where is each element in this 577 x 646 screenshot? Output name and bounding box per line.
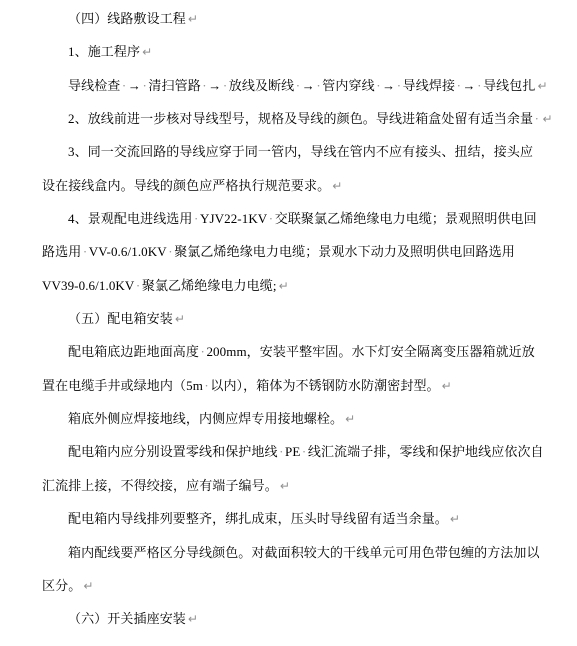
text-run: 导线检查	[68, 78, 120, 93]
document-page[interactable]: （四）线路敷设工程↵1、施工程序↵导线检查·→·清扫管路·→·放线及断线·→·管…	[0, 0, 577, 646]
text-run: 管内穿线	[322, 78, 374, 93]
text-line[interactable]: （四）线路敷设工程↵	[42, 2, 549, 35]
paragraph-mark-icon: ↵	[175, 312, 185, 326]
space-mark-icon: ·	[81, 244, 88, 259]
text-line[interactable]: 1、施工程序↵	[42, 35, 549, 68]
paragraph-mark-icon: ↵	[188, 612, 198, 626]
text-run: 线汇流端子排，零线和保护地线应依次自	[308, 444, 544, 459]
text-run: 200mm，安装平整牢固。水下灯安全隔离变压器箱就近放	[206, 344, 534, 359]
text-line[interactable]: 箱内配线要严格区分导线颜色。对截面积较大的干线单元可用色带包缠的方法加以	[42, 536, 549, 569]
text-run: →	[302, 78, 315, 93]
text-run: 路选用	[42, 244, 81, 259]
text-run: 清扫管路	[148, 78, 200, 93]
text-line[interactable]: VV39-0.6/1.0KV·聚氯乙烯绝缘电力电缆;↵	[42, 269, 549, 302]
text-line[interactable]: 区分。↵	[42, 569, 549, 602]
text-line[interactable]: 配电箱底边距地面高度·200mm，安装平整牢固。水下灯安全隔离变压器箱就近放	[42, 335, 549, 368]
paragraph-mark-icon: ↵	[83, 579, 93, 593]
text-run: 设在接线盒内。导线的颜色应严格执行规范要求。	[42, 178, 330, 193]
text-line[interactable]: （六）开关插座安装↵	[42, 602, 549, 635]
text-run: 汇流排上接，不得绞接，应有端子编号。	[42, 478, 278, 493]
text-run: 配电箱底边距地面高度	[68, 344, 199, 359]
text-line[interactable]: 箱底外侧应焊接地线，内侧应焊专用接地螺栓。↵	[42, 402, 549, 435]
text-run: 区分。	[42, 578, 81, 593]
space-mark-icon: ·	[455, 78, 462, 93]
text-line[interactable]: 设在接线盒内。导线的颜色应严格执行规范要求。↵	[42, 169, 549, 202]
paragraph-mark-icon: ↵	[142, 45, 152, 59]
space-mark-icon: ·	[267, 211, 274, 226]
text-line[interactable]: 4、景观配电进线选用·YJV22-1KV·交联聚氯乙烯绝缘电力电缆；景观照明供电…	[42, 202, 549, 235]
paragraph-mark-icon: ↵	[279, 279, 289, 293]
text-line[interactable]: 导线检查·→·清扫管路·→·放线及断线·→·管内穿线·→·导线焊接·→·导线包扎…	[42, 69, 549, 102]
paragraph-mark-icon: ↵	[345, 412, 355, 426]
paragraph-mark-icon: ↵	[543, 112, 553, 126]
text-run: 聚氯乙烯绝缘电力电缆;	[142, 278, 277, 293]
text-run: →	[382, 78, 395, 93]
text-run: YJV22-1KV	[200, 211, 267, 226]
text-run: →	[208, 78, 221, 93]
text-run: 配电箱内应分别设置零线和保护地线	[68, 444, 278, 459]
document-body[interactable]: （四）线路敷设工程↵1、施工程序↵导线检查·→·清扫管路·→·放线及断线·→·管…	[0, 0, 577, 636]
text-run: （五）配电箱安装	[68, 311, 173, 326]
space-mark-icon: ·	[476, 78, 483, 93]
text-line[interactable]: 置在电缆手井或绿地内（5m·以内），箱体为不锈钢防水防潮密封型。↵	[42, 369, 549, 402]
text-run: 配电箱内导线排列要整齐，绑扎成束，压头时导线留有适当余量。	[68, 511, 448, 526]
text-run: 3、同一交流回路的导线应穿于同一管内，导线在管内不应有接头、扭结，接头应	[68, 144, 533, 159]
text-run: 交联聚氯乙烯绝缘电力电缆；景观照明供电回	[275, 211, 537, 226]
space-mark-icon: ·	[533, 111, 540, 126]
space-mark-icon: ·	[294, 78, 301, 93]
text-run: （四）线路敷设工程	[68, 11, 186, 26]
space-mark-icon: ·	[221, 78, 228, 93]
space-mark-icon: ·	[134, 278, 141, 293]
text-run: →	[463, 78, 476, 93]
text-run: 放线及断线	[229, 78, 295, 93]
space-mark-icon: ·	[193, 211, 200, 226]
paragraph-mark-icon: ↵	[537, 79, 547, 93]
text-run: →	[128, 78, 141, 93]
text-run: 4、景观配电进线选用	[68, 211, 193, 226]
text-line[interactable]: 3、同一交流回路的导线应穿于同一管内，导线在管内不应有接头、扭结，接头应	[42, 135, 549, 168]
paragraph-mark-icon: ↵	[280, 479, 290, 493]
text-run: 导线包扎	[483, 78, 535, 93]
text-run: VV-0.6/1.0KV	[89, 244, 167, 259]
paragraph-mark-icon: ↵	[442, 379, 452, 393]
text-line[interactable]: 路选用·VV-0.6/1.0KV·聚氯乙烯绝缘电力电缆；景观水下动力及照明供电回…	[42, 235, 549, 268]
text-run: 以内），箱体为不锈钢防水防潮密封型。	[210, 378, 439, 393]
space-mark-icon: ·	[395, 78, 402, 93]
paragraph-mark-icon: ↵	[450, 512, 460, 526]
text-line[interactable]: 2、放线前进一步核对导线型号，规格及导线的颜色。导线进箱盒处留有适当余量·↵	[42, 102, 549, 135]
text-line[interactable]: 配电箱内应分别设置零线和保护地线·PE·线汇流端子排，零线和保护地线应依次自	[42, 435, 549, 468]
text-run: VV39-0.6/1.0KV	[42, 278, 134, 293]
text-line[interactable]: 汇流排上接，不得绞接，应有端子编号。↵	[42, 469, 549, 502]
text-line[interactable]: 配电箱内导线排列要整齐，绑扎成束，压头时导线留有适当余量。↵	[42, 502, 549, 535]
paragraph-mark-icon: ↵	[188, 12, 198, 26]
space-mark-icon: ·	[300, 444, 307, 459]
space-mark-icon: ·	[375, 78, 382, 93]
text-run: 箱内配线要严格区分导线颜色。对截面积较大的干线单元可用色带包缠的方法加以	[68, 545, 540, 560]
text-run: 2、放线前进一步核对导线型号，规格及导线的颜色。导线进箱盒处留有适当余量	[68, 111, 533, 126]
text-run: PE	[285, 444, 300, 459]
text-line[interactable]: （五）配电箱安装↵	[42, 302, 549, 335]
text-run: 导线焊接	[403, 78, 455, 93]
space-mark-icon: ·	[120, 78, 127, 93]
text-run: 置在电缆手井或绿地内（5m	[42, 378, 203, 393]
text-run: 聚氯乙烯绝缘电力电缆；景观水下动力及照明供电回路选用	[174, 244, 515, 259]
paragraph-mark-icon: ↵	[332, 179, 342, 193]
space-mark-icon: ·	[278, 444, 285, 459]
text-run: 箱底外侧应焊接地线，内侧应焊专用接地螺栓。	[68, 411, 343, 426]
text-run: 1、施工程序	[68, 44, 140, 59]
text-run: （六）开关插座安装	[68, 611, 186, 626]
